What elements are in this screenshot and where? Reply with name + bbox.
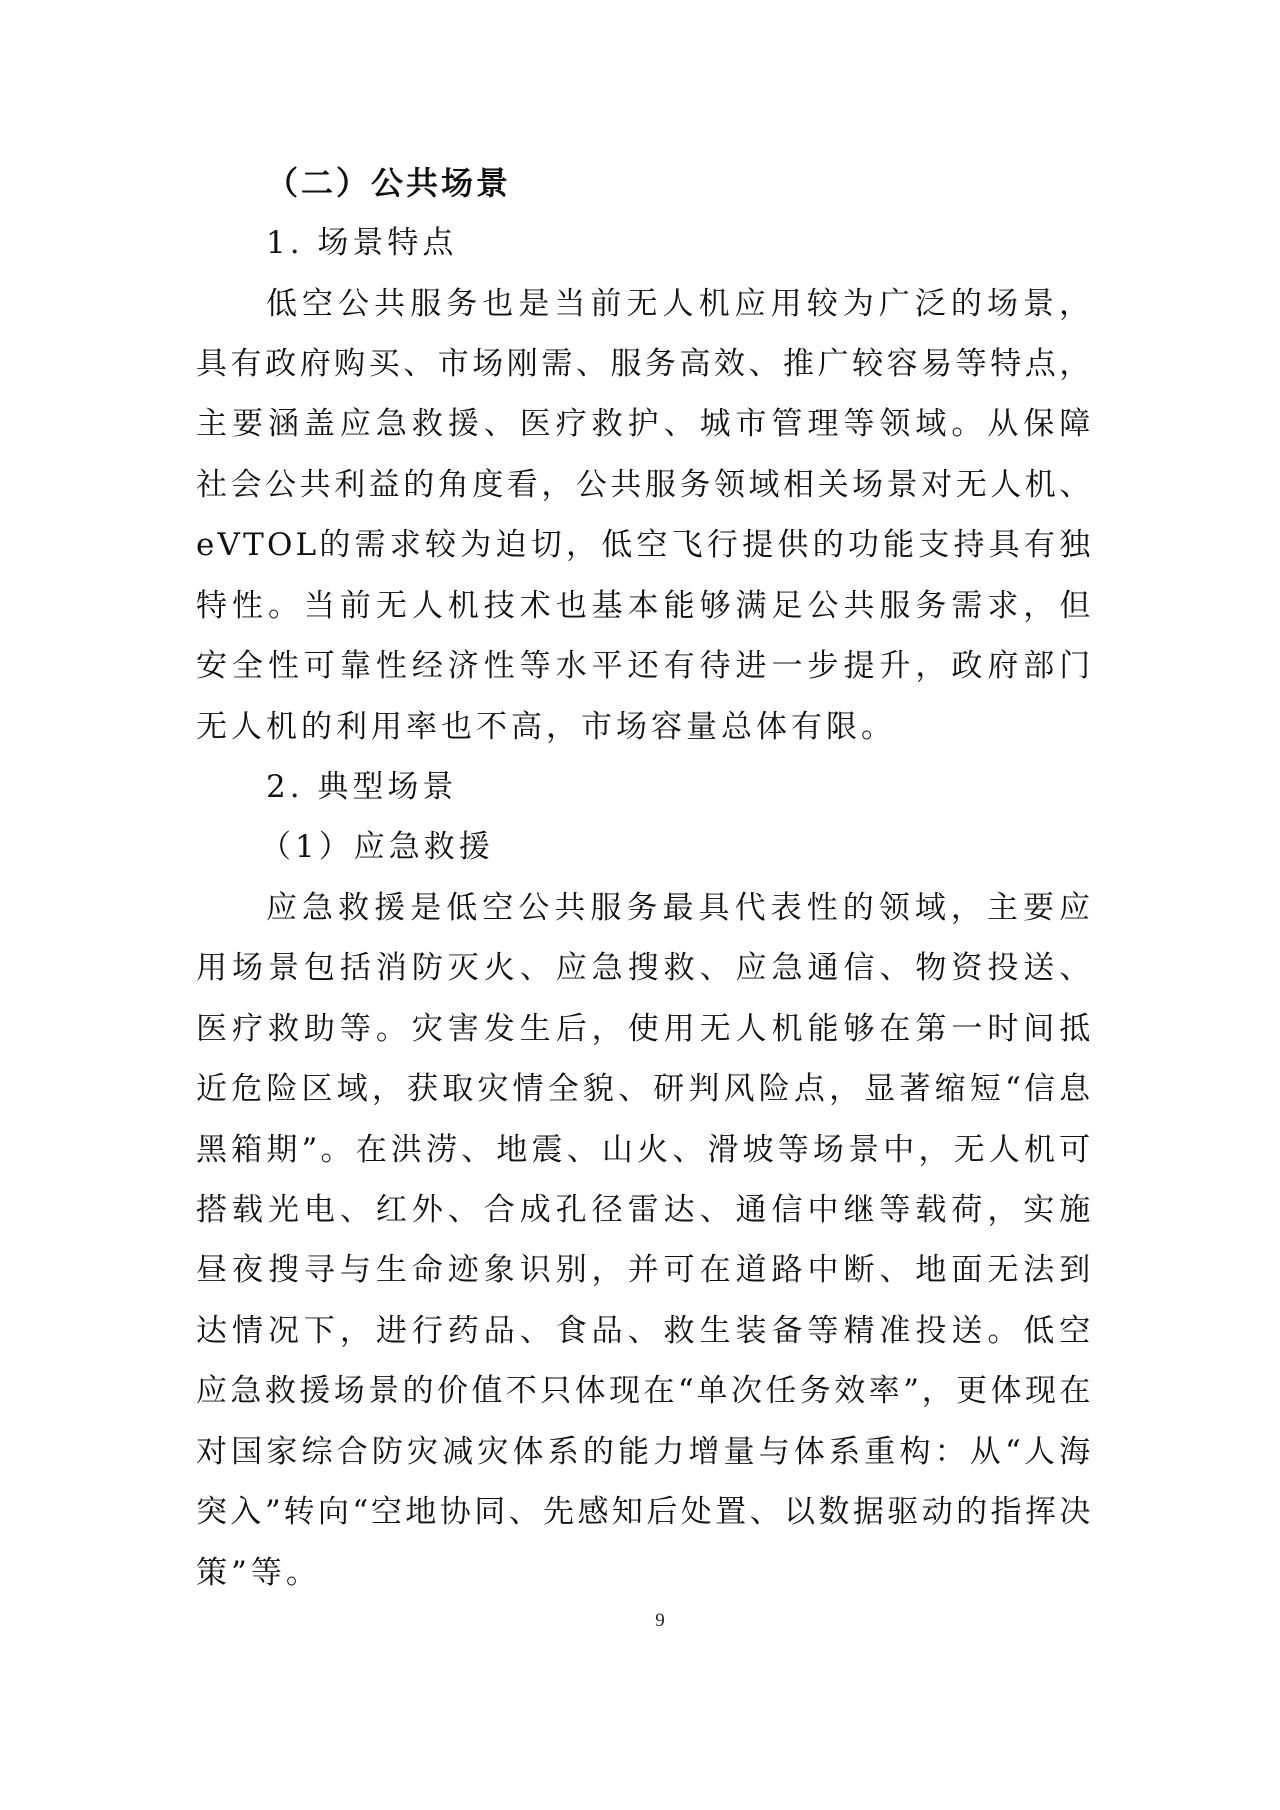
paragraph-line: 安 全 性 可 靠 性 经 济 性 等 水 平 还 有 待 进 一 步 提 升 … <box>196 636 1090 696</box>
paragraph-line: 昼 夜 搜 寻 与 生 命 迹 象 识 别 ， 并 可 在 道 路 中 断 、 … <box>196 1240 1090 1300</box>
section-heading: （二）公共场景 <box>266 153 1090 213</box>
paragraph-line: 特 性 。 当 前 无 人 机 技 术 也 基 本 能 够 满 足 公 共 服 … <box>196 576 1090 636</box>
paragraph-line: 应 急 救 援 是 低 空 公 共 服 务 最 具 代 表 性 的 领 域 ， … <box>266 878 1090 938</box>
paragraph-line: 社 会 公 共 利 益 的 角 度 看 ， 公 共 服 务 领 域 相 关 场 … <box>196 455 1090 515</box>
paragraph-line: 达 情 况 下 ， 进 行 药 品 、 食 品 、 救 生 装 备 等 精 准 … <box>196 1301 1090 1361</box>
paragraph-line: 搭 载 光 电 、 红 外 、 合 成 孔 径 雷 达 、 通 信 中 继 等 … <box>196 1180 1090 1240</box>
subsection-title-scene-features: 1. 场景特点 <box>266 213 1090 273</box>
paragraph-line: 无人机的利用率也不高，市场容量总体有限。 <box>196 697 1090 757</box>
paragraph-line: 医 疗 救 助 等 。 灾 害 发 生 后 ， 使 用 无 人 机 能 够 在 … <box>196 999 1090 1059</box>
document-page: （二）公共场景 1. 场景特点 低 空 公 共 服 务 也 是 当 前 无 人 … <box>0 0 1280 1810</box>
subsection-title-typical-scenes: 2. 典型场景 <box>266 757 1090 817</box>
paragraph-line: 对 国 家 综 合 防 灾 减 灾 体 系 的 能 力 增 量 与 体 系 重 … <box>196 1422 1090 1482</box>
paragraph-line: 用 场 景 包 括 消 防 灭 火 、 应 急 搜 救 、 应 急 通 信 、 … <box>196 938 1090 998</box>
paragraph-line: 策”等。 <box>196 1543 1090 1603</box>
paragraph-line: 低 空 公 共 服 务 也 是 当 前 无 人 机 应 用 较 为 广 泛 的 … <box>266 274 1090 334</box>
paragraph-line: 近 危 险 区 域 ， 获 取 灾 情 全 貌 、 研 判 风 险 点 ， 显 … <box>196 1059 1090 1119</box>
paragraph-line: 主 要 涵 盖 应 急 救 援 、 医 疗 救 护 、 城 市 管 理 等 领 … <box>196 394 1090 454</box>
paragraph-line: 应 急 救 援 场 景 的 价 值 不 只 体 现 在 “ 单 次 任 务 效 … <box>196 1361 1090 1421</box>
paragraph-line: 具 有 政 府 购 买 、 市 场 刚 需 、 服 务 高 效 、 推 广 较 … <box>196 334 1090 394</box>
paragraph-line: 黑 箱 期 ” 。 在 洪 涝 、 地 震 、 山 火 、 滑 坡 等 场 景 … <box>196 1120 1090 1180</box>
paragraph-line: e V T O L 的 需 求 较 为 迫 切 ， 低 空 飞 行 提 供 的 … <box>196 515 1090 575</box>
page-number: 9 <box>640 1608 680 1634</box>
item-title-emergency-rescue: （1）应急救援 <box>260 817 1090 877</box>
paragraph-line: 突 入 ” 转 向 “ 空 地 协 同 、 先 感 知 后 处 置 、 以 数 … <box>196 1482 1090 1542</box>
